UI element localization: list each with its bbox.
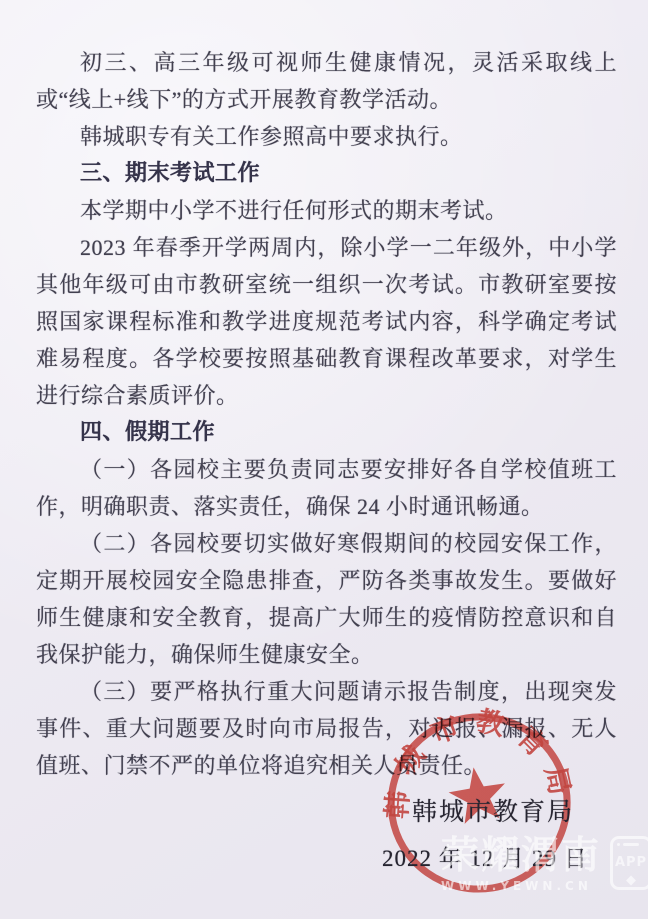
app-label: APP [613,855,648,870]
app-phone-icon: APP [610,836,648,890]
issuing-authority-signature: 韩城市教育局 [412,792,574,828]
paragraph: 初三、高三年级可视师生健康情况，灵活采取线上或“线上+线下”的方式开展教育教学活… [36,44,617,118]
watermark-brand-text: 荣耀渭南 [441,834,601,876]
section-heading-holiday-work: 四、假期工作 [36,414,617,451]
paragraph: 韩城职专有关工作参照高中要求执行。 [36,118,617,155]
phone-home-button [626,876,636,886]
watermark-url-text: WWW.YEWN.CN [441,879,601,893]
paragraph: 本学期中小学不进行任何形式的期末考试。 [36,192,617,229]
paragraph: 2023 年春季开学两周内，除小学一二年级外，中小学其他年级可由市教研室统一组织… [36,229,617,414]
paragraph: （一）各园校主要负责同志要安排好各自学校值班工作，明确职责、落实责任，确保 24… [36,451,617,525]
section-heading-final-exams: 三、期末考试工作 [36,155,617,192]
document-body: 初三、高三年级可视师生健康情况，灵活采取线上或“线上+线下”的方式开展教育教学活… [36,44,617,784]
scanned-document-page: 初三、高三年级可视师生健康情况，灵活采取线上或“线上+线下”的方式开展教育教学活… [0,0,648,919]
paragraph: （二）各园校要切实做好寒假期间的校园安保工作，定期开展校园安全隐患排查，严防各类… [36,525,617,673]
phone-speaker-line [623,843,639,846]
phone-camera-dot [617,843,620,846]
site-watermark: 荣耀渭南 WWW.YEWN.CN APP [441,834,648,893]
